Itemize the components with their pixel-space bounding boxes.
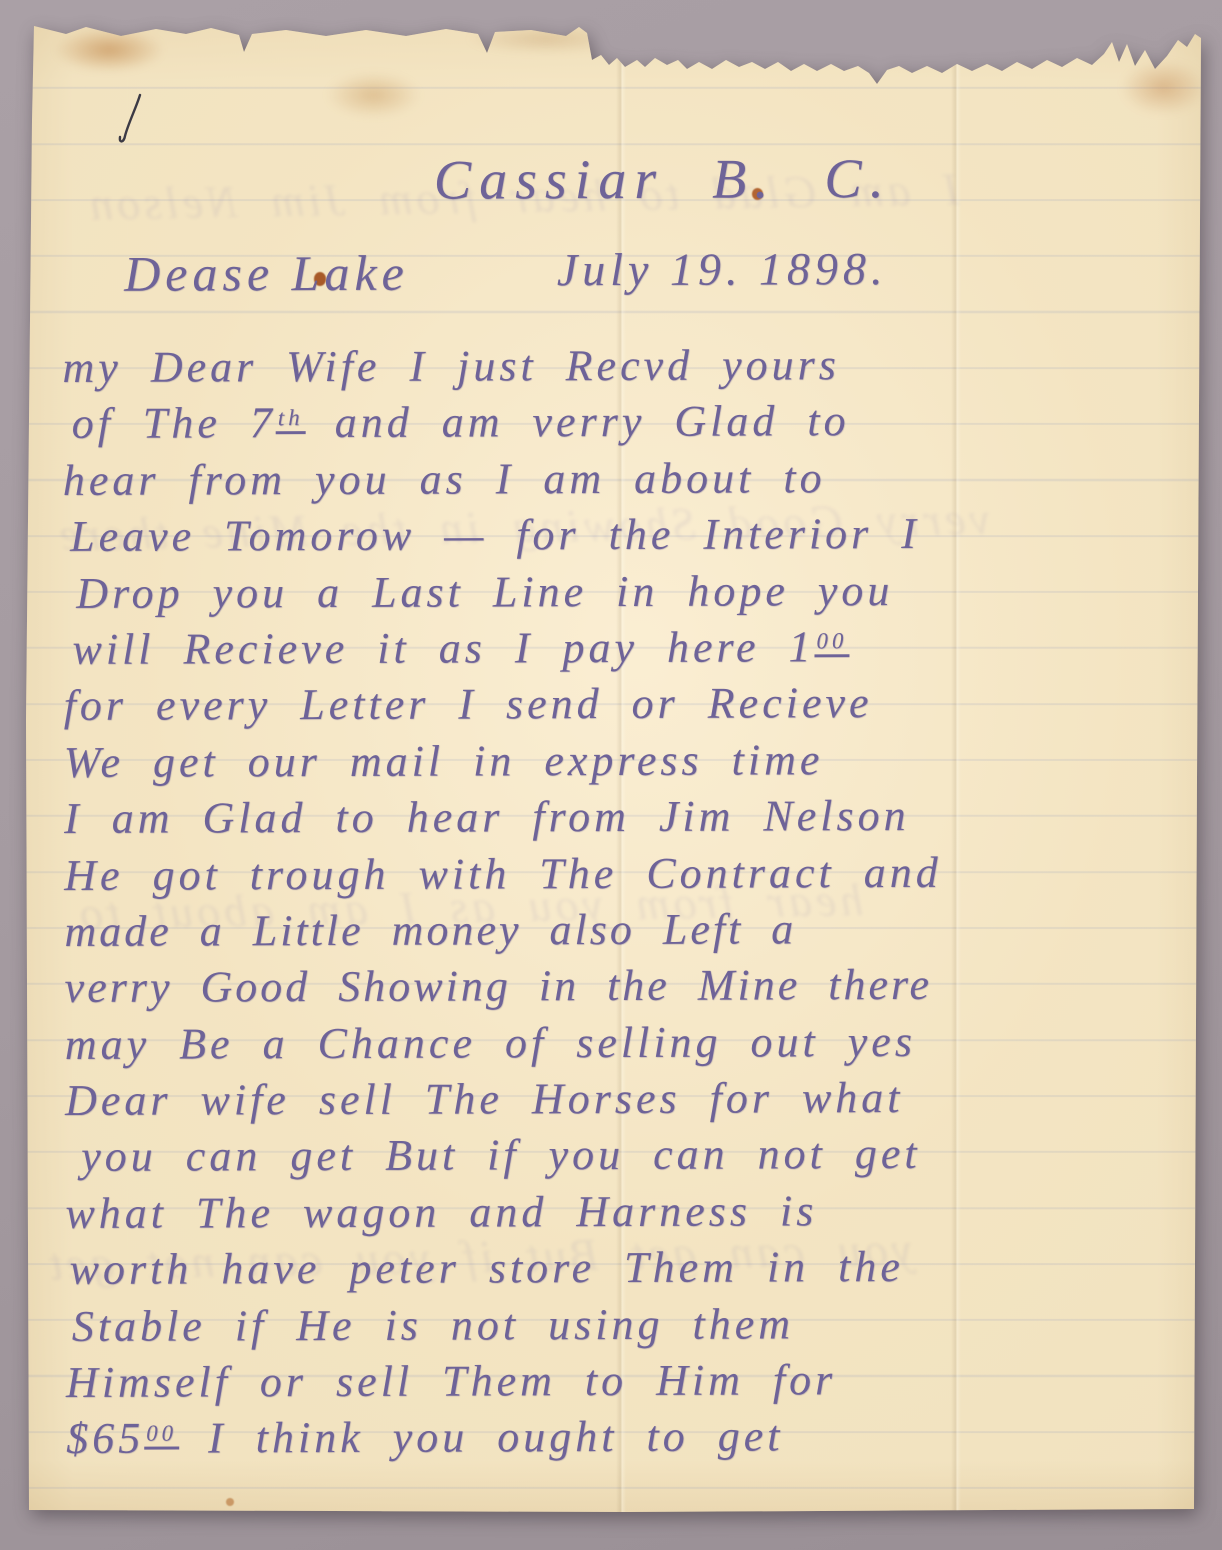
- letter-line: worth have peter store Them in the: [70, 1240, 1180, 1300]
- letter-line: Stable if He is not using them: [72, 1297, 1180, 1357]
- letter-line: I am Glad to hear from Jim Nelson: [64, 789, 1178, 849]
- stain: [1121, 60, 1204, 115]
- letter-line: my Dear Wife I just Recvd yours: [62, 338, 1176, 398]
- letter-dateline: Dease Lake July 19. 1898.: [62, 241, 1176, 342]
- letter-line: hear from you as I am about to: [63, 451, 1177, 511]
- pen-mark: [114, 92, 148, 150]
- letter-line: Dear wife sell The Horses for what: [65, 1071, 1179, 1131]
- handwritten-text: Cassiar B. C. Dease Lake July 19. 1898. …: [62, 146, 1181, 1470]
- letter-heading-location: Cassiar B. C.: [434, 146, 1176, 244]
- letter-body: my Dear Wife I just Recvd yours of The 7…: [62, 338, 1180, 1470]
- dateline-place: Dease Lake: [124, 244, 409, 303]
- letter-line: may Be a Chance of selling out yes: [65, 1015, 1179, 1075]
- stain: [326, 72, 421, 118]
- superscript: 00: [144, 1422, 179, 1449]
- letter-line: verry Good Showing in the Mine there: [65, 958, 1179, 1018]
- superscript: th: [276, 407, 306, 434]
- letter-line: He got trough with The Contract and: [64, 846, 1178, 906]
- superscript: 00: [814, 631, 849, 658]
- letter-line: will Recieve it as I pay here 100: [72, 620, 1177, 680]
- letter-line: $6500 I think you ought to get: [66, 1409, 1180, 1469]
- letter-paper: I am Glad to hear from Jim Nelson verry …: [26, 20, 1204, 1520]
- foxing-speck: [226, 1498, 234, 1506]
- stain: [54, 28, 164, 72]
- letter-line: what The wagon and Harness is: [65, 1184, 1179, 1244]
- letter-line: Leave Tomorow — for the Interior I: [70, 507, 1177, 567]
- letter-line: made a Little money also Left a: [64, 902, 1178, 962]
- stain: [466, 24, 626, 54]
- letter-page: I am Glad to hear from Jim Nelson verry …: [26, 20, 1204, 1520]
- dateline-date: July 19. 1898.: [557, 242, 888, 296]
- letter-line: We get our mail in express time: [64, 733, 1178, 793]
- letter-line: Himself or sell Them to Him for: [66, 1353, 1180, 1413]
- letter-line: Drop you a Last Line in hope you: [76, 564, 1177, 624]
- letter-line: you can get But if you can not get: [81, 1128, 1179, 1188]
- letter-line: for every Letter I send or Recieve: [64, 676, 1178, 736]
- letter-line: of The 7th and am verry Glad to: [72, 394, 1177, 454]
- photo-background: I am Glad to hear from Jim Nelson verry …: [0, 0, 1222, 1550]
